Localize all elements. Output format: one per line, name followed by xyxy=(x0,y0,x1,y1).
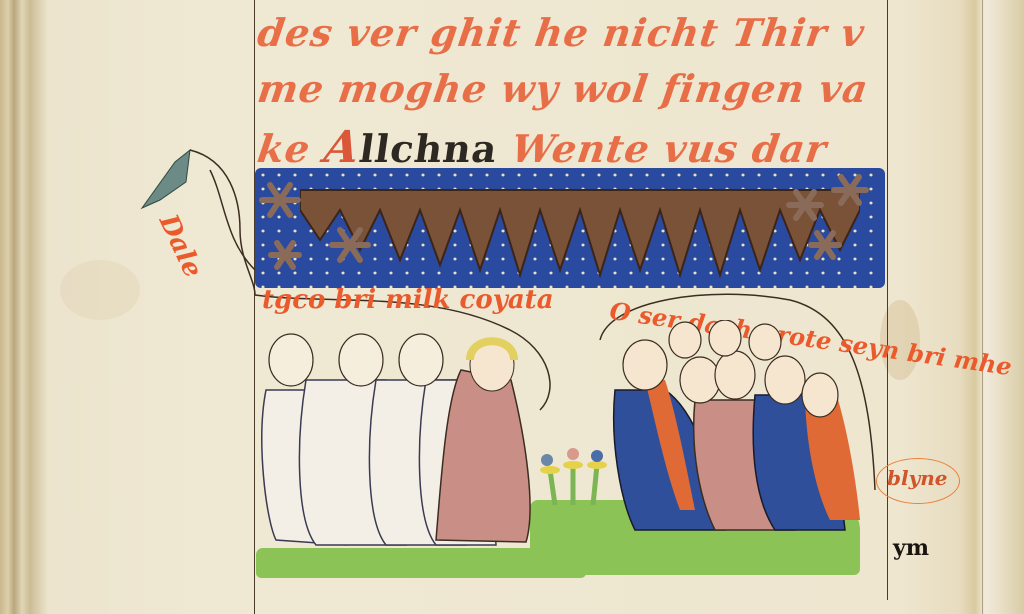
text-line-1: des ver ghit he nicht Thir v xyxy=(255,10,868,55)
scroll-text-end: blyne xyxy=(887,466,947,490)
kneeling-figures-right xyxy=(605,320,865,540)
margin-rule-right xyxy=(887,0,888,600)
gutter-line xyxy=(982,0,983,614)
scroll-text-left: tgco bri milk coyata xyxy=(262,285,554,315)
stain xyxy=(60,260,140,320)
flowers xyxy=(535,440,615,510)
text-line-2: me moghe wy wol fingen va xyxy=(255,66,872,111)
manuscript-page: des ver ghit he nicht Thir v me moghe wy… xyxy=(0,0,1024,614)
bottom-mark: ym xyxy=(893,535,929,561)
